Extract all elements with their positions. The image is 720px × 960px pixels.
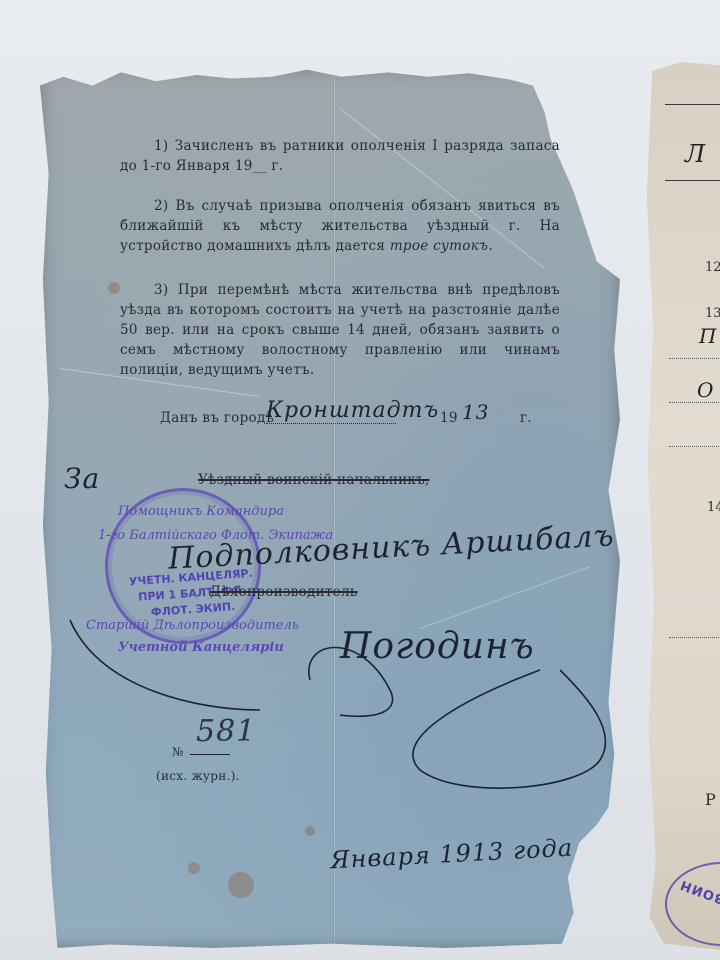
struck-title-district-commander: Уѣздный воинскій начальникъ, — [198, 470, 430, 490]
paragraph-text: Въ случаѣ призыва ополченія обязанъ явит… — [120, 198, 560, 234]
dotted-line — [669, 446, 720, 447]
signature-flourish — [60, 600, 620, 800]
second-document-page: Л 12 13 П О 14 Р ВОИН — [645, 62, 720, 952]
dotted-line — [669, 402, 720, 403]
second-stamp — [665, 862, 720, 946]
ruled-line — [665, 104, 720, 105]
paragraph-2: 2) Въ случаѣ призыва ополченія обязанъ я… — [120, 196, 560, 256]
issued-city: Кронштадтъ — [266, 398, 396, 424]
handwritten-letter: О — [697, 378, 713, 402]
dotted-line — [669, 637, 720, 638]
paragraph-number: 1) — [154, 138, 168, 154]
paragraph-number: 3) — [154, 282, 168, 298]
paragraph-3: 3) При перемѣнѣ мѣста жительства внѣ пре… — [120, 280, 560, 380]
paragraph-number: 2) — [154, 198, 168, 214]
ruled-line — [665, 180, 720, 181]
line-number: 14 — [707, 500, 720, 515]
number-underline — [190, 754, 230, 755]
issued-year-prefix: 19 — [440, 408, 458, 428]
paragraph-text: При перемѣнѣ мѣста жительства внѣ предѣл… — [120, 282, 560, 378]
paragraph-1: 1) Зачисленъ въ ратники ополченія I разр… — [120, 136, 560, 176]
paragraph-italic-text: трое сутокъ. — [390, 238, 493, 254]
number-label: № — [172, 742, 184, 762]
stain — [228, 872, 254, 898]
handwritten-letter: Л — [685, 140, 705, 168]
handwritten-letter: П — [699, 324, 716, 348]
line-number: 12 — [705, 260, 720, 275]
printed-letter: Р — [705, 790, 716, 809]
issued-year-suffix: г. — [520, 408, 532, 428]
paragraph-text: Зачисленъ въ ратники ополченія I разряда… — [120, 138, 560, 174]
stamp-line-1: Помощникъ Командира — [118, 504, 284, 519]
issued-line: Данъ въ городѣ — [160, 408, 274, 428]
journal-label: (исх. журн.). — [156, 766, 240, 786]
stain — [188, 862, 200, 874]
issued-year: 13 — [462, 400, 489, 424]
stain — [305, 826, 315, 836]
handwritten-za: За — [64, 462, 100, 495]
stain — [108, 282, 120, 294]
line-number: 13 — [705, 306, 720, 321]
outgoing-number: 581 — [196, 714, 256, 749]
struck-title-clerk: Дѣлопроизводитель — [210, 582, 357, 602]
dotted-line — [669, 358, 720, 359]
issued-label: Данъ въ городѣ — [160, 410, 274, 426]
